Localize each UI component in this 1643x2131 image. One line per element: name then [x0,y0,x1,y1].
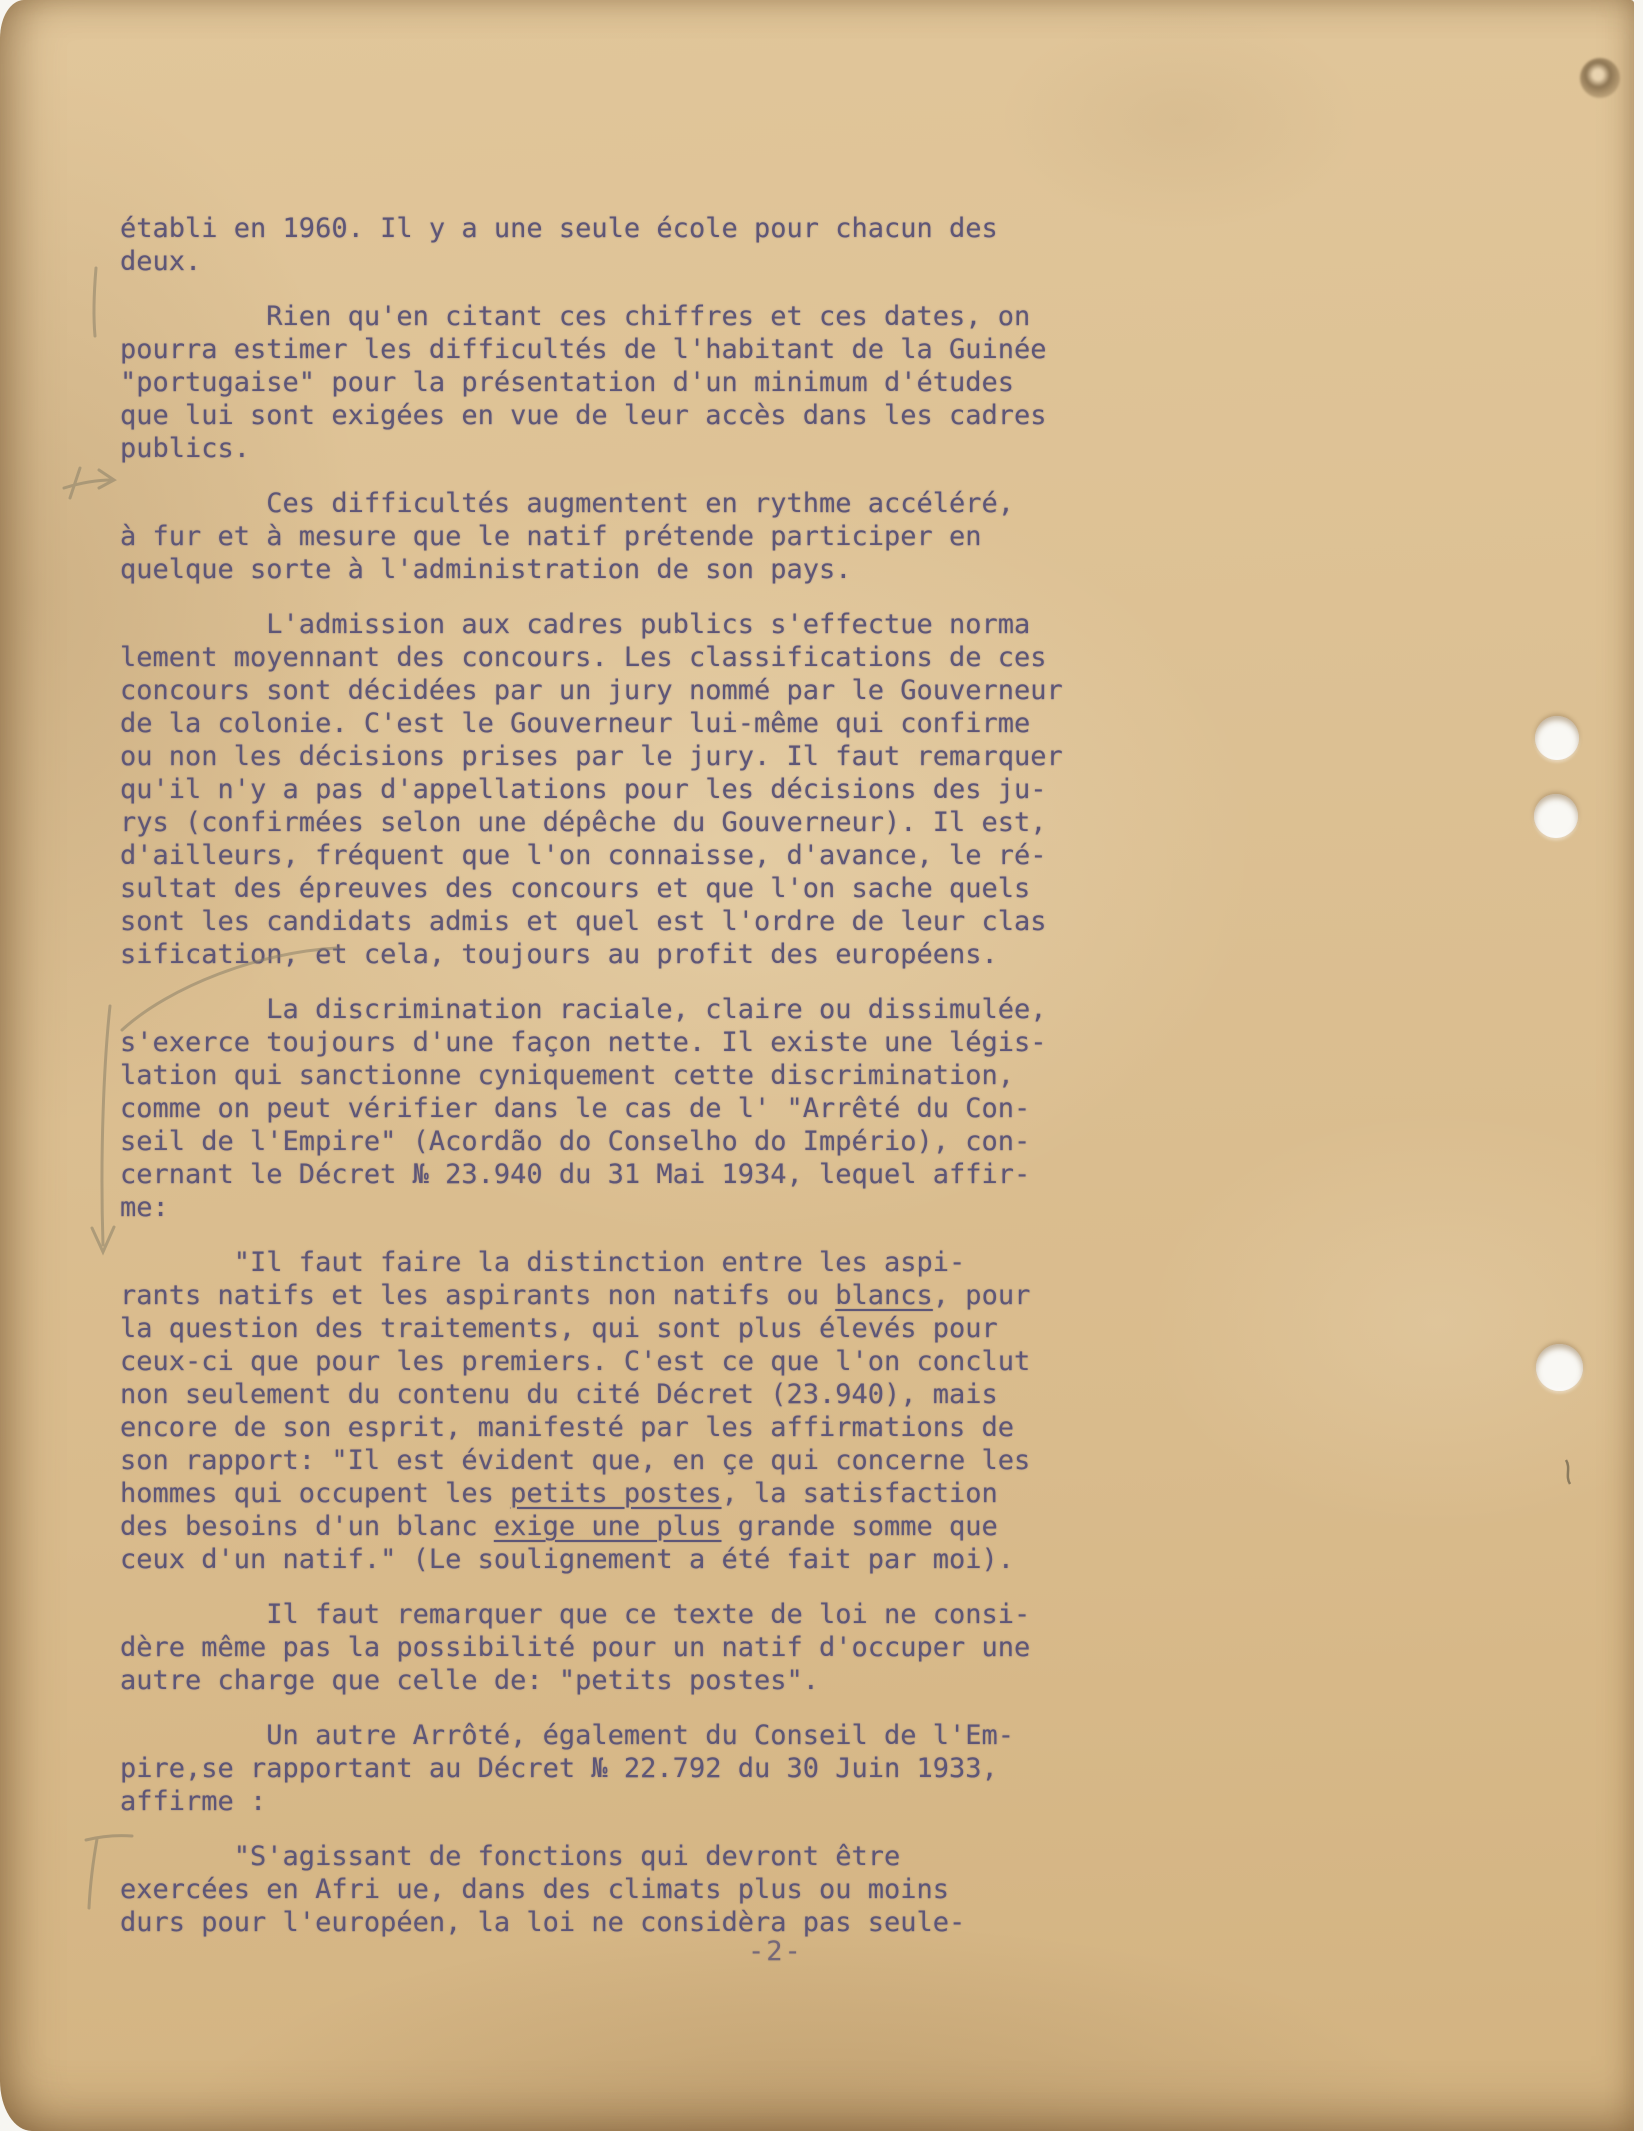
text-line: que lui sont exigées en vue de leur accè… [120,399,1063,432]
text-segment: hommes qui occupent les [120,1478,510,1509]
document-page: établi en 1960. Il y a une seule école p… [0,0,1634,2131]
text-segment: dère même pas la possibilité pour un nat… [120,1632,1030,1663]
text-line: cernant le Décret № 23.940 du 31 Mai 193… [120,1158,1063,1191]
text-line: lation qui sanctionne cyniquement cette … [120,1059,1063,1092]
text-segment: sification, et cela, toujours au profit … [120,939,998,970]
text-line: rys (confirmées selon une dépêche du Gou… [120,806,1063,839]
text-segment: cernant le Décret № 23.940 du 31 Mai 193… [120,1159,1030,1190]
text-segment: , la satisfaction [721,1478,997,1509]
text-segment: "S'agissant de fonctions qui devront êtr… [120,1841,900,1872]
text-segment: sont les candidats admis et quel est l'o… [120,906,1047,937]
text-segment: rys (confirmées selon une dépêche du Gou… [120,807,1047,838]
text-segment: s'exerce toujours d'une façon nette. Il … [120,1027,1047,1058]
text-line: L'admission aux cadres publics s'effectu… [120,608,1063,641]
text-segment: grande somme que [721,1511,997,1542]
text-line: ceux d'un natif." (Le soulignement a été… [120,1543,1063,1576]
text-line: "S'agissant de fonctions qui devront êtr… [120,1840,1063,1873]
text-segment: publics. [120,433,250,464]
underlined-text: blancs [835,1280,933,1311]
text-line: comme on peut vérifier dans le cas de l'… [120,1092,1063,1125]
text-line: publics. [120,432,1063,465]
text-line: "portugaise" pour la présentation d'un m… [120,366,1063,399]
text-segment: lement moyennant des concours. Les class… [120,642,1047,673]
text-line: pourra estimer les difficultés de l'habi… [120,333,1063,366]
text-segment: son rapport: "Il est évident que, en çe … [120,1445,1030,1476]
vertical-pencil-stroke [94,268,96,336]
text-line: me: [120,1191,1063,1224]
text-line: sultat des épreuves des concours et que … [120,872,1063,905]
text-line: établi en 1960. Il y a une seule école p… [120,212,1063,245]
text-line: dère même pas la possibilité pour un nat… [120,1631,1063,1664]
text-segment: "Il faut faire la distinction entre les … [120,1247,965,1278]
page-number: -2- [748,1936,803,1967]
text-line: Un autre Arrôté, également du Conseil de… [120,1719,1063,1752]
paragraph: Il faut remarquer que ce texte de loi ne… [120,1598,1063,1697]
text-segment: que lui sont exigées en vue de leur accè… [120,400,1047,431]
rivet-stain [1580,58,1620,98]
text-segment: exercées en Afri ue, dans des climats pl… [120,1874,949,1905]
text-line: "Il faut faire la distinction entre les … [120,1246,1063,1279]
paragraph: Un autre Arrôté, également du Conseil de… [120,1719,1063,1818]
text-line: la question des traitements, qui sont pl… [120,1312,1063,1345]
text-segment: pire,se rapportant au Décret № 22.792 du… [120,1753,998,1784]
paragraph: L'admission aux cadres publics s'effectu… [120,608,1063,971]
text-line: pire,se rapportant au Décret № 22.792 du… [120,1752,1063,1785]
text-segment: , pour [933,1280,1031,1311]
text-line: lement moyennant des concours. Les class… [120,641,1063,674]
text-segment: à fur et à mesure que le natif prétende … [120,521,982,552]
text-segment: Ces difficultés augmentent en rythme acc… [120,488,1014,519]
text-line: son rapport: "Il est évident que, en çe … [120,1444,1063,1477]
text-line: qu'il n'y a pas d'appellations pour les … [120,773,1063,806]
punch-hole-second [1534,794,1578,838]
text-segment: quelque sorte à l'administration de son … [120,554,852,585]
text-segment: de la colonie. C'est le Gouverneur lui-m… [120,708,1030,739]
text-line: hommes qui occupent les petits postes, l… [120,1477,1063,1510]
text-segment: Un autre Arrôté, également du Conseil de… [120,1720,1014,1751]
text-line: Il faut remarquer que ce texte de loi ne… [120,1598,1063,1631]
text-segment: "portugaise" pour la présentation d'un m… [120,367,1014,398]
text-segment: des besoins d'un blanc [120,1511,494,1542]
underlined-text: petits postes [510,1478,721,1509]
text-segment: durs pour l'européen, la loi ne considèr… [120,1907,965,1938]
text-line: affirme : [120,1785,1063,1818]
text-line: sont les candidats admis et quel est l'o… [120,905,1063,938]
text-line: non seulement du contenu du cité Décret … [120,1378,1063,1411]
pencil-arrow-right-icon [64,468,114,498]
paragraph: Rien qu'en citant ces chiffres et ces da… [120,300,1063,465]
text-line: à fur et à mesure que le natif prétende … [120,520,1063,553]
text-segment: d'ailleurs, fréquent que l'on connaisse,… [120,840,1047,871]
text-line: d'ailleurs, fréquent que l'on connaisse,… [120,839,1063,872]
text-segment: Il faut remarquer que ce texte de loi ne… [120,1599,1030,1630]
punch-hole-top [1535,716,1579,760]
text-segment: ou non les décisions prises par le jury.… [120,741,1063,772]
text-segment: autre charge que celle de: "petits poste… [120,1665,819,1696]
text-line: s'exerce toujours d'une façon nette. Il … [120,1026,1063,1059]
text-line: durs pour l'européen, la loi ne considèr… [120,1906,1063,1939]
text-segment: rants natifs et les aspirants non natifs… [120,1280,835,1311]
text-segment: deux. [120,246,201,277]
paragraph: "Il faut faire la distinction entre les … [120,1246,1063,1576]
text-segment: L'admission aux cadres publics s'effectu… [120,609,1030,640]
text-line: des besoins d'un blanc exige une plus gr… [120,1510,1063,1543]
text-line: Rien qu'en citant ces chiffres et ces da… [120,300,1063,333]
text-segment: pourra estimer les difficultés de l'habi… [120,334,1047,365]
text-segment: ceux-ci que pour les premiers. C'est ce … [120,1346,1030,1377]
text-segment: La discrimination raciale, claire ou dis… [120,994,1047,1025]
text-segment: sultat des épreuves des concours et que … [120,873,1030,904]
text-line: ceux-ci que pour les premiers. C'est ce … [120,1345,1063,1378]
text-segment: Rien qu'en citant ces chiffres et ces da… [120,301,1030,332]
paragraph: établi en 1960. Il y a une seule école p… [120,212,1063,278]
text-segment: me: [120,1192,169,1223]
text-line: concours sont décidées par un jury nommé… [120,674,1063,707]
text-segment: lation qui sanctionne cyniquement cette … [120,1060,1014,1091]
text-segment: comme on peut vérifier dans le cas de l'… [120,1093,1030,1124]
paragraph: Ces difficultés augmentent en rythme acc… [120,487,1063,586]
text-line: de la colonie. C'est le Gouverneur lui-m… [120,707,1063,740]
text-segment: qu'il n'y a pas d'appellations pour les … [120,774,1047,805]
text-segment: ceux d'un natif." (Le soulignement a été… [120,1544,1014,1575]
text-segment: établi en 1960. Il y a une seule école p… [120,213,998,244]
ink-squiggle [1566,1460,1570,1484]
text-line: seil de l'Empire" (Acordão do Conselho d… [120,1125,1063,1158]
text-line: encore de son esprit, manifesté par les … [120,1411,1063,1444]
text-segment: encore de son esprit, manifesté par les … [120,1412,1014,1443]
typewritten-text: établi en 1960. Il y a une seule école p… [120,212,1063,1961]
punch-hole-middle [1536,1344,1583,1391]
text-line: autre charge que celle de: "petits poste… [120,1664,1063,1697]
underlined-text: exige une plus [494,1511,722,1542]
paragraph: La discrimination raciale, claire ou dis… [120,993,1063,1224]
text-line: La discrimination raciale, claire ou dis… [120,993,1063,1026]
paragraph: "S'agissant de fonctions qui devront êtr… [120,1840,1063,1939]
text-line: Ces difficultés augmentent en rythme acc… [120,487,1063,520]
text-line: quelque sorte à l'administration de son … [120,553,1063,586]
text-segment: la question des traitements, qui sont pl… [120,1313,998,1344]
text-segment: affirme : [120,1786,266,1817]
text-segment: non seulement du contenu du cité Décret … [120,1379,998,1410]
text-line: exercées en Afri ue, dans des climats pl… [120,1873,1063,1906]
text-line: rants natifs et les aspirants non natifs… [120,1279,1063,1312]
text-line: sification, et cela, toujours au profit … [120,938,1063,971]
text-segment: seil de l'Empire" (Acordão do Conselho d… [120,1126,1030,1157]
text-line: deux. [120,245,1063,278]
text-line: ou non les décisions prises par le jury.… [120,740,1063,773]
text-segment: concours sont décidées par un jury nommé… [120,675,1063,706]
